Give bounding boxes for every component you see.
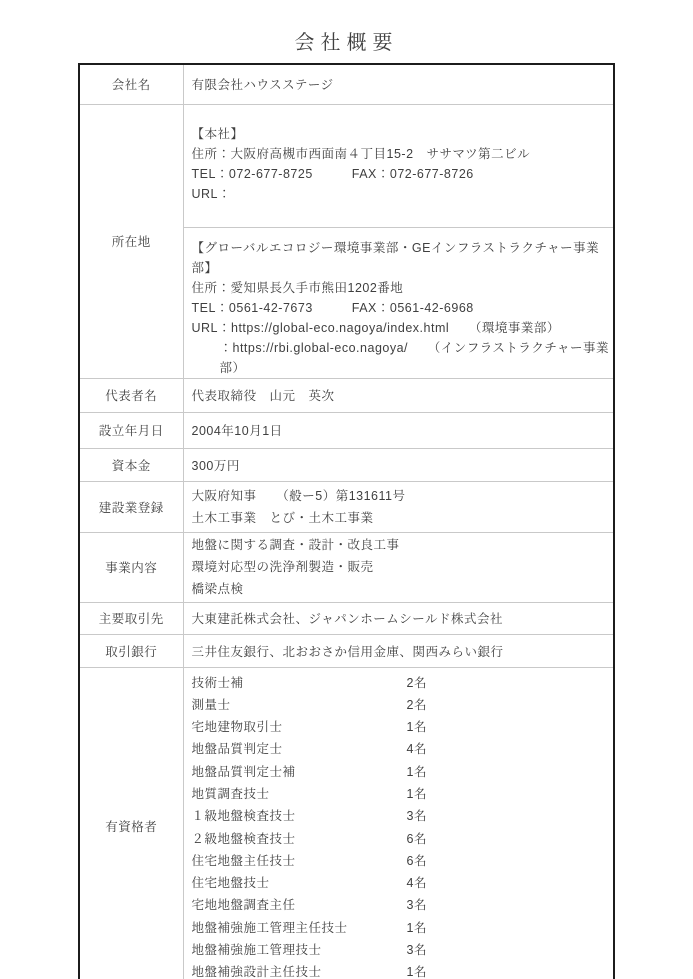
business-line-3: 橋梁点検 [192, 578, 614, 600]
head-office-block: 【本社】 住所：大阪府高槻市西面南４丁目15-2 ササマツ第二ビル TEL：07… [183, 104, 614, 227]
ge-division-tel-fax: TEL：0561-42-7673 FAX：0561-42-6968 [192, 298, 614, 318]
table-row: 有資格者 技術士補 2名 測量士 2名 宅地建物取引士 1名 [79, 667, 614, 979]
qualification-row: 地盤品質判定士 4名 [192, 738, 614, 760]
table-row: 建設業登録 大阪府知事 （般ー5）第131611号 土木工事業 とび・土木工事業 [79, 481, 614, 532]
business-value: 地盤に関する調査・設計・改良工事 環境対応型の洗浄剤製造・販売 橋梁点検 [183, 532, 614, 602]
qualification-row: ２級地盤検査技士 6名 [192, 828, 614, 850]
company-name-value: 有限会社ハウスステージ [183, 64, 614, 104]
table-row: 取引銀行 三井住友銀行、北おおさか信用金庫、関西みらい銀行 [79, 634, 614, 667]
qualification-row: 地盤補強施工管理技士 3名 [192, 939, 614, 961]
company-overview-table: 会社名 有限会社ハウスステージ 所在地 【本社】 住所：大阪府高槻市西面南４丁目… [78, 63, 615, 979]
qualification-count: 3名 [407, 894, 467, 916]
row-label-business: 事業内容 [79, 532, 183, 602]
row-label-clients: 主要取引先 [79, 602, 183, 634]
qualification-count: 4名 [407, 738, 467, 760]
qualification-name: 住宅地盤主任技士 [192, 850, 407, 872]
qualification-name: 地盤補強設計主任技士 [192, 961, 407, 979]
ge-division-heading: 【グローバルエコロジー環境事業部・GEインフラストラクチャー事業部】 [192, 238, 614, 278]
qualification-row: 地盤補強設計主任技士 1名 [192, 961, 614, 979]
table-row: 代表者名 代表取締役 山元 英次 [79, 378, 614, 412]
clients-value: 大東建託株式会社、ジャパンホームシールド株式会社 [183, 602, 614, 634]
page-title: 会社概要 [0, 26, 693, 55]
row-label-banks: 取引銀行 [79, 634, 183, 667]
business-line-2: 環境対応型の洗浄剤製造・販売 [192, 556, 614, 578]
row-label-company-name: 会社名 [79, 64, 183, 104]
construction-registration-line-2: 土木工事業 とび・土木工事業 [192, 507, 614, 529]
qualification-row: 地盤品質判定士補 1名 [192, 761, 614, 783]
qualification-row: 宅地地盤調査主任 3名 [192, 894, 614, 916]
construction-registration-value: 大阪府知事 （般ー5）第131611号 土木工事業 とび・土木工事業 [183, 481, 614, 532]
capital-value: 300万円 [183, 448, 614, 481]
ge-division-url-1: URL：https://global-eco.nagoya/index.html… [192, 318, 614, 338]
business-line-1: 地盤に関する調査・設計・改良工事 [192, 534, 614, 556]
ge-division-block: 【グローバルエコロジー環境事業部・GEインフラストラクチャー事業部】 住所：愛知… [183, 227, 614, 378]
table-row: 会社名 有限会社ハウスステージ [79, 64, 614, 104]
row-label-capital: 資本金 [79, 448, 183, 481]
ge-division-url-2: ：https://rbi.global-eco.nagoya/ （インフラストラ… [192, 338, 614, 378]
table-row: 事業内容 地盤に関する調査・設計・改良工事 環境対応型の洗浄剤製造・販売 橋梁点… [79, 532, 614, 602]
table-row: 資本金 300万円 [79, 448, 614, 481]
row-label-qualifications: 有資格者 [79, 667, 183, 979]
head-office-heading: 【本社】 [192, 124, 614, 144]
qualification-count: 3名 [407, 805, 467, 827]
row-label-construction-registration: 建設業登録 [79, 481, 183, 532]
row-label-location: 所在地 [79, 104, 183, 378]
qualification-name: 地盤補強施工管理技士 [192, 939, 407, 961]
qualification-row: １級地盤検査技士 3名 [192, 805, 614, 827]
qualification-name: １級地盤検査技士 [192, 805, 407, 827]
qualification-name: ２級地盤検査技士 [192, 828, 407, 850]
qualification-count: 2名 [407, 694, 467, 716]
qualification-row: 技術士補 2名 [192, 672, 614, 694]
head-office-tel-fax: TEL：072-677-8725 FAX：072-677-8726 [192, 164, 614, 184]
established-value: 2004年10月1日 [183, 412, 614, 448]
banks-value: 三井住友銀行、北おおさか信用金庫、関西みらい銀行 [183, 634, 614, 667]
ge-division-address: 住所：愛知県長久手市熊田1202番地 [192, 278, 614, 298]
qualification-row: 地質調査技士 1名 [192, 783, 614, 805]
qualification-name: 宅地建物取引士 [192, 716, 407, 738]
qualification-row: 宅地建物取引士 1名 [192, 716, 614, 738]
qualification-count: 6名 [407, 828, 467, 850]
qualification-name: 地盤品質判定士 [192, 738, 407, 760]
qualification-name: 宅地地盤調査主任 [192, 894, 407, 916]
qualification-count: 1名 [407, 783, 467, 805]
row-label-representative: 代表者名 [79, 378, 183, 412]
qualification-count: 1名 [407, 716, 467, 738]
head-office-url: URL： [192, 184, 614, 204]
table-row: 主要取引先 大東建託株式会社、ジャパンホームシールド株式会社 [79, 602, 614, 634]
qualification-count: 1名 [407, 961, 467, 979]
qualification-row: 住宅地盤技士 4名 [192, 872, 614, 894]
qualification-count: 4名 [407, 872, 467, 894]
qualification-count: 2名 [407, 672, 467, 694]
construction-registration-line-1: 大阪府知事 （般ー5）第131611号 [192, 485, 614, 507]
qualification-name: 住宅地盤技士 [192, 872, 407, 894]
qualification-name: 地質調査技士 [192, 783, 407, 805]
qualifications-list: 技術士補 2名 測量士 2名 宅地建物取引士 1名 地盤品質判定士 4名 [183, 667, 614, 979]
document-page: 会社概要 会社名 有限会社ハウスステージ 所在地 【本社】 住所：大阪府高槻市西… [0, 0, 693, 979]
representative-value: 代表取締役 山元 英次 [183, 378, 614, 412]
table-row: 設立年月日 2004年10月1日 [79, 412, 614, 448]
qualification-name: 地盤補強施工管理主任技士 [192, 917, 407, 939]
qualification-count: 1名 [407, 761, 467, 783]
qualification-name: 測量士 [192, 694, 407, 716]
head-office-address: 住所：大阪府高槻市西面南４丁目15-2 ササマツ第二ビル [192, 144, 614, 164]
qualification-name: 地盤品質判定士補 [192, 761, 407, 783]
qualification-count: 6名 [407, 850, 467, 872]
qualification-row: 住宅地盤主任技士 6名 [192, 850, 614, 872]
qualification-count: 1名 [407, 917, 467, 939]
qualification-name: 技術士補 [192, 672, 407, 694]
qualification-row: 測量士 2名 [192, 694, 614, 716]
qualification-count: 3名 [407, 939, 467, 961]
row-label-established: 設立年月日 [79, 412, 183, 448]
qualification-row: 地盤補強施工管理主任技士 1名 [192, 917, 614, 939]
table-row: 所在地 【本社】 住所：大阪府高槻市西面南４丁目15-2 ササマツ第二ビル TE… [79, 104, 614, 227]
